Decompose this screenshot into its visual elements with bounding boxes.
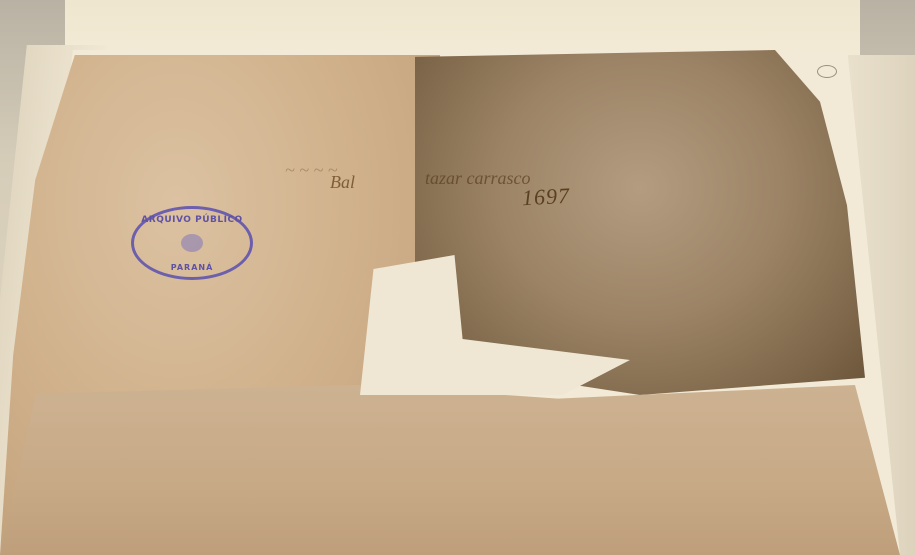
document-lower-section [0, 385, 900, 555]
folder-mark-icon [817, 65, 837, 78]
document-year: 1697 [521, 183, 570, 211]
stamp-bottom-text: PARANÁ [134, 263, 250, 272]
handwriting-name-part1: Bal [330, 172, 355, 193]
handwriting-name-part2: tazar carrasco [425, 168, 531, 189]
stamp-top-text: ARQUIVO PÚBLICO [134, 215, 250, 225]
archive-stamp: ARQUIVO PÚBLICO PARANÁ [131, 206, 253, 280]
stamp-emblem-icon [181, 234, 203, 252]
